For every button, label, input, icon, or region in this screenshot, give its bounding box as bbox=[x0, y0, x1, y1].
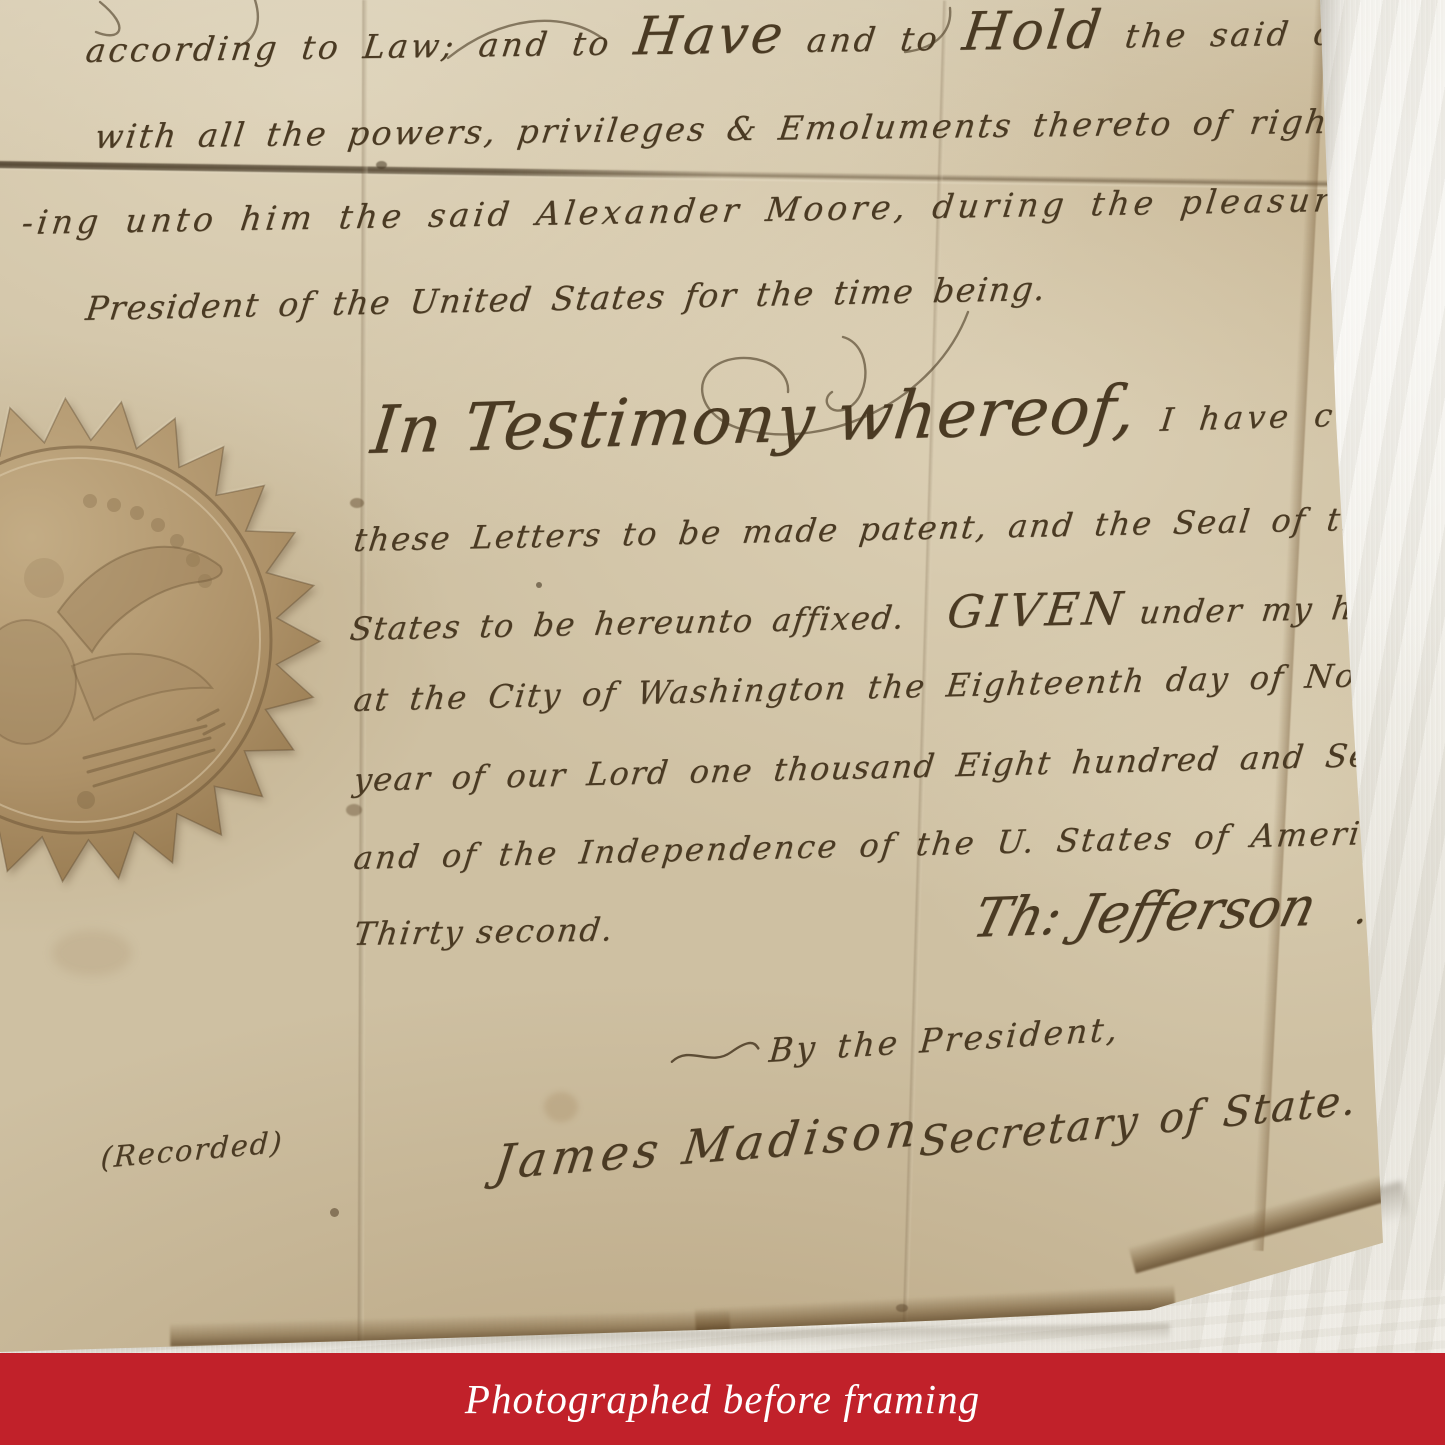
paper-stain bbox=[544, 1092, 578, 1122]
line1-text: and to bbox=[782, 19, 965, 61]
paper-blemish bbox=[536, 582, 542, 588]
seal-eagle-emboss bbox=[0, 494, 224, 809]
photo-caption-banner: Photographed before framing bbox=[0, 1353, 1445, 1445]
paper-stain bbox=[52, 930, 132, 976]
handwritten-line-6: these Letters to be made patent, and the… bbox=[352, 499, 1445, 556]
recorded-annotation: (Recorded) bbox=[100, 1128, 284, 1173]
given-word: GIVEN bbox=[944, 582, 1129, 639]
caption-text: Photographed before framing bbox=[465, 1375, 980, 1423]
pen-swash-icon bbox=[668, 1038, 762, 1070]
jefferson-signature: Th: Jefferson. bbox=[968, 878, 1377, 946]
by-the-president-text: By the President, bbox=[768, 1012, 1122, 1067]
line1-hold: Hold bbox=[959, 0, 1107, 63]
paper-blemish bbox=[330, 1208, 339, 1217]
testimony-heading: In Testimony whereof, bbox=[368, 376, 1140, 464]
paper-blemish bbox=[350, 498, 364, 508]
testimony-heading-line: In Testimony whereof, I have caused bbox=[368, 368, 1445, 464]
by-the-president-line: By the President, bbox=[668, 1012, 1121, 1073]
jefferson-signature-text: Th: Jefferson bbox=[967, 875, 1323, 950]
us-great-seal-embossed-icon bbox=[0, 350, 368, 930]
line8-text: at the City of Washington the Eighteenth… bbox=[352, 656, 1379, 719]
handwritten-line-7: States to be hereunto affixed.GIVENunder… bbox=[348, 580, 1422, 647]
line1-text: according to Law; and to bbox=[84, 23, 637, 70]
paper-blemish bbox=[376, 161, 387, 169]
handwritten-line-3: -ing unto him the said Alexander Moore, … bbox=[20, 180, 1445, 239]
photo-of-document: according to Law; and to Have and to Hol… bbox=[0, 0, 1445, 1445]
secretary-of-state-line: Secretary of State. bbox=[918, 1079, 1359, 1163]
handwritten-line-4: President of the United States for the t… bbox=[84, 272, 1048, 325]
paper-blemish bbox=[346, 804, 362, 816]
line7-text: States to be hereunto affixed. bbox=[348, 598, 907, 648]
paper-blemish bbox=[896, 1304, 908, 1312]
handwritten-line-11: Thirty second. bbox=[352, 913, 616, 950]
line1-have: Have bbox=[631, 4, 789, 67]
parchment-document: according to Law; and to Have and to Hol… bbox=[0, 0, 1445, 1445]
